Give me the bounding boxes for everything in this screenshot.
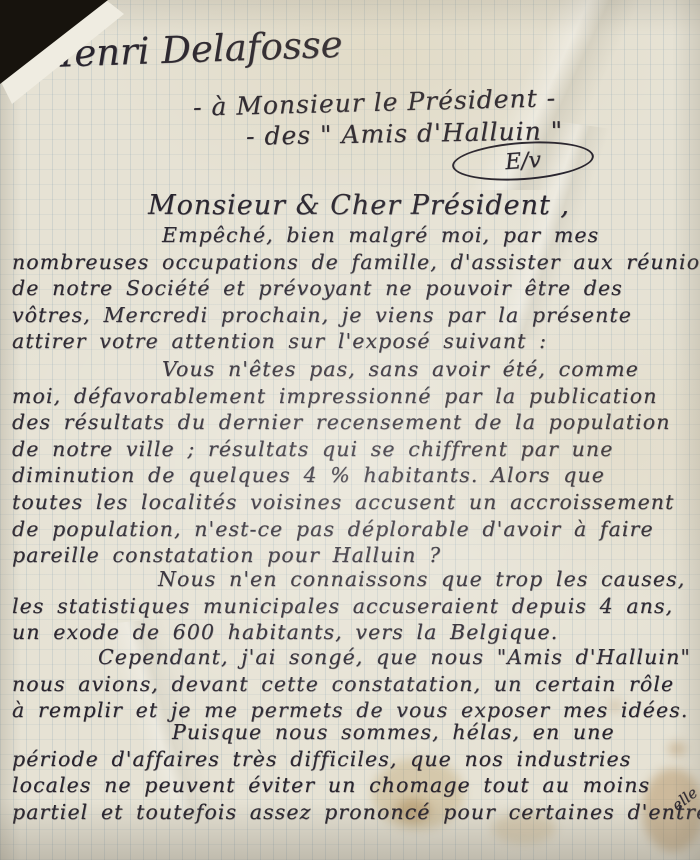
- letter-line: attirer votre attention sur l'exposé sui…: [12, 328, 696, 355]
- letter-line: un exode de 600 habitants, vers la Belgi…: [12, 619, 696, 646]
- letter-line: de notre ville ; résultats qui se chiffr…: [12, 436, 696, 463]
- paragraph-2: Vous n'êtes pas, sans avoir été, comme m…: [12, 356, 696, 569]
- paragraph-1: Empêché, bien malgré moi, par mes nombre…: [12, 222, 696, 355]
- letter-line: toutes les localités voisines accusent u…: [12, 489, 696, 516]
- letter-line: nombreuses occupations de famille, d'ass…: [12, 249, 696, 276]
- letter-line: des résultats du dernier recensement de …: [12, 409, 696, 436]
- letter-line: Cependant, j'ai songé, que nous "Amis d'…: [12, 644, 696, 671]
- letter-line: diminution de quelques 4 % habitants. Al…: [12, 462, 696, 489]
- letter-line: de population, n'est-ce pas déplorable d…: [12, 516, 696, 543]
- paragraph-4: Cependant, j'ai songé, que nous "Amis d'…: [12, 644, 696, 724]
- paragraph-5: Puisque nous sommes, hélas, en une pério…: [12, 719, 696, 825]
- letter-line: nous avions, devant cette constatation, …: [12, 671, 696, 698]
- letter-line: vôtres, Mercredi prochain, je viens par …: [12, 302, 696, 329]
- paragraph-3: Nous n'en connaissons que trop les cause…: [12, 566, 696, 646]
- letter-line: Nous n'en connaissons que trop les cause…: [12, 566, 696, 593]
- letter-line: de notre Société et prévoyant ne pouvoir…: [12, 275, 696, 302]
- letter-line: Vous n'êtes pas, sans avoir été, comme: [12, 356, 696, 383]
- letter-line: partiel et toutefois assez prononcé pour…: [12, 799, 696, 826]
- letter-line: les statistiques municipales accuseraien…: [12, 593, 696, 620]
- salutation: Monsieur & Cher Président ,: [148, 190, 570, 221]
- author-signature: Henri Delafosse: [41, 23, 343, 76]
- letter-photo: Henri Delafosse - à Monsieur le Présiden…: [0, 0, 700, 860]
- letter-line: Empêché, bien malgré moi, par mes: [12, 222, 696, 249]
- letter-line: locales ne peuvent éviter un chomage tou…: [12, 772, 696, 799]
- letter-line: moi, défavorablement impressionné par la…: [12, 383, 696, 410]
- letter-line: pareille constatation pour Halluin ?: [12, 542, 696, 569]
- letter-line: période d'affaires très difficiles, que …: [12, 746, 696, 773]
- place-abbreviation: E/v: [504, 147, 542, 174]
- letter-line: Puisque nous sommes, hélas, en une: [12, 719, 696, 746]
- recipient-line: - à Monsieur le Président -: [193, 83, 557, 121]
